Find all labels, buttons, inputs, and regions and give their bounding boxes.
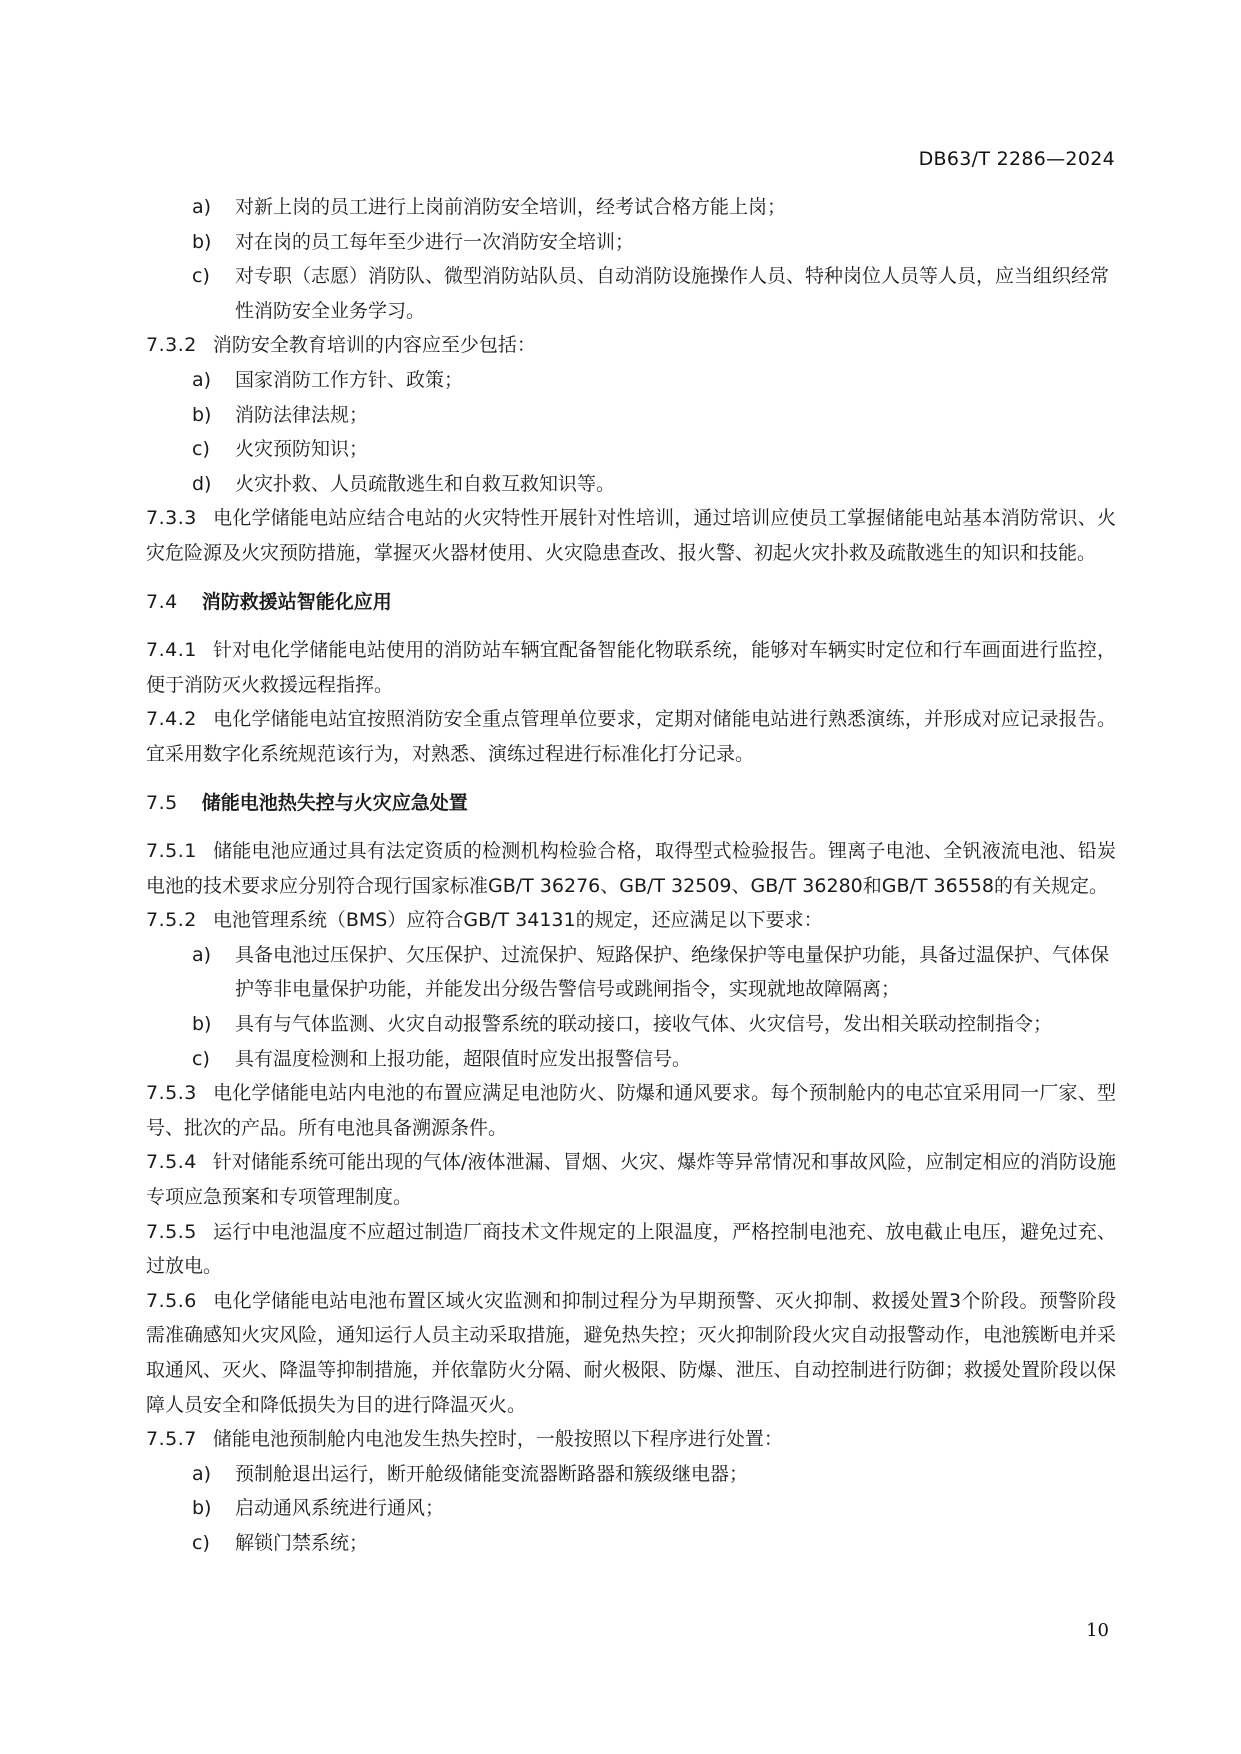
clause-text: 电化学储能电站应结合电站的火灾特性开展针对性培训，通过培训应使员工掌握储能电站基… (146, 507, 1116, 564)
list-item-text: 对专职（志愿）消防队、微型消防站队员、自动消防设施操作人员、特种岗位人员等人员，… (235, 265, 1109, 322)
list-item-label: c) (192, 432, 210, 467)
list-item-label: c) (192, 259, 210, 294)
clause-number: 7.3.2 (146, 328, 197, 363)
list-item-label: a) (192, 190, 211, 225)
section-title: 消防救援站智能化应用 (202, 591, 392, 613)
list-item: c)具有温度检测和上报功能，超限值时应发出报警信号。 (146, 1042, 1116, 1077)
clause-7-5-7: 7.5.7储能电池预制舱内电池发生热失控时，一般按照以下程序进行处置： (146, 1422, 1116, 1457)
clause-number: 7.5.1 (146, 834, 197, 869)
list-7-5-2: a)具备电池过压保护、欠压保护、过流保护、短路保护、绝缘保护等电量保护功能，具备… (146, 938, 1116, 1076)
clause-text: 储能电池预制舱内电池发生热失控时，一般按照以下程序进行处置： (213, 1428, 783, 1450)
list-item-label: b) (192, 1491, 211, 1526)
section-number: 7.5 (146, 786, 178, 821)
list-item-text: 具有温度检测和上报功能，超限值时应发出报警信号。 (235, 1048, 691, 1070)
section-title: 储能电池热失控与火灾应急处置 (202, 792, 468, 814)
list-item: b)消防法律法规； (146, 398, 1116, 433)
clause-text: 针对电化学储能电站使用的消防站车辆宜配备智能化物联系统，能够对车辆实时定位和行车… (146, 639, 1116, 696)
clause-number: 7.5.7 (146, 1422, 197, 1457)
list-item-text: 具备电池过压保护、欠压保护、过流保护、短路保护、绝缘保护等电量保护功能，具备过温… (235, 944, 1109, 1001)
list-7-3-2: a)国家消防工作方针、政策； b)消防法律法规； c)火灾预防知识； d)火灾扑… (146, 363, 1116, 501)
list-item: a)预制舱退出运行，断开舱级储能变流器断路器和簇级继电器； (146, 1457, 1116, 1492)
clause-7-5-2: 7.5.2电池管理系统（BMS）应符合GB/T 34131的规定，还应满足以下要… (146, 903, 1116, 938)
list-item-label: c) (192, 1042, 210, 1077)
list-item-text: 对在岗的员工每年至少进行一次消防安全培训； (235, 231, 634, 253)
list-item-text: 具有与气体监测、火灾自动报警系统的联动接口，接收气体、火灾信号，发出相关联动控制… (235, 1013, 1052, 1035)
clause-7-5-4: 7.5.4针对储能系统可能出现的气体/液体泄漏、冒烟、火灾、爆炸等异常情况和事故… (146, 1145, 1116, 1214)
list-item-text: 消防法律法规； (235, 404, 368, 426)
list-item: a)对新上岗的员工进行上岗前消防安全培训，经考试合格方能上岗； (146, 190, 1116, 225)
clause-text: 针对储能系统可能出现的气体/液体泄漏、冒烟、火灾、爆炸等异常情况和事故风险，应制… (146, 1151, 1116, 1208)
list-item: c)火灾预防知识； (146, 432, 1116, 467)
clause-7-5-6: 7.5.6电化学储能电站电池布置区域火灾监测和抑制过程分为早期预警、灭火抑制、救… (146, 1284, 1116, 1422)
clause-7-4-2: 7.4.2电化学储能电站宜按照消防安全重点管理单位要求，定期对储能电站进行熟悉演… (146, 702, 1116, 771)
list-item: b)具有与气体监测、火灾自动报警系统的联动接口，接收气体、火灾信号，发出相关联动… (146, 1007, 1116, 1042)
document-body: a)对新上岗的员工进行上岗前消防安全培训，经考试合格方能上岗； b)对在岗的员工… (146, 190, 1116, 1561)
list-item-label: b) (192, 225, 211, 260)
section-number: 7.4 (146, 585, 178, 620)
list-item-label: a) (192, 363, 211, 398)
clause-number: 7.5.5 (146, 1215, 197, 1250)
clause-7-3-2: 7.3.2消防安全教育培训的内容应至少包括： (146, 328, 1116, 363)
list-item-label: a) (192, 1457, 211, 1492)
clause-number: 7.5.3 (146, 1076, 197, 1111)
list-7-5-7: a)预制舱退出运行，断开舱级储能变流器断路器和簇级继电器； b)启动通风系统进行… (146, 1457, 1116, 1561)
list-item: c)解锁门禁系统； (146, 1526, 1116, 1561)
list-item-label: b) (192, 1007, 211, 1042)
clause-text: 消防安全教育培训的内容应至少包括： (213, 334, 536, 356)
list-item-text: 解锁门禁系统； (235, 1532, 368, 1554)
clause-text: 电化学储能电站内电池的布置应满足电池防火、防爆和通风要求。每个预制舱内的电芯宜采… (146, 1082, 1116, 1139)
list-item: b)启动通风系统进行通风； (146, 1491, 1116, 1526)
clause-number: 7.4.2 (146, 702, 197, 737)
list-item-label: b) (192, 398, 211, 433)
list-item-label: c) (192, 1526, 210, 1561)
list-item: a)国家消防工作方针、政策； (146, 363, 1116, 398)
list-item: a)具备电池过压保护、欠压保护、过流保护、短路保护、绝缘保护等电量保护功能，具备… (146, 938, 1116, 1007)
page-number: 10 (1086, 1620, 1109, 1641)
clause-number: 7.5.4 (146, 1145, 197, 1180)
list-item-label: d) (192, 467, 211, 502)
clause-text: 电化学储能电站电池布置区域火灾监测和抑制过程分为早期预警、灭火抑制、救援处置3个… (146, 1290, 1116, 1416)
list-item-text: 火灾扑救、人员疏散逃生和自救互救知识等。 (235, 473, 615, 495)
list-item: b)对在岗的员工每年至少进行一次消防安全培训； (146, 225, 1116, 260)
clause-text: 运行中电池温度不应超过制造厂商技术文件规定的上限温度，严格控制电池充、放电截止电… (146, 1221, 1116, 1278)
list-item-text: 国家消防工作方针、政策； (235, 369, 463, 391)
document-page: DB63/T 2286—2024 a)对新上岗的员工进行上岗前消防安全培训，经考… (0, 0, 1241, 1754)
clause-text: 电化学储能电站宜按照消防安全重点管理单位要求，定期对储能电站进行熟悉演练，并形成… (146, 708, 1116, 765)
clause-7-5-3: 7.5.3电化学储能电站内电池的布置应满足电池防火、防爆和通风要求。每个预制舱内… (146, 1076, 1116, 1145)
section-heading-7-4: 7.4消防救援站智能化应用 (146, 585, 1116, 620)
clause-7-3-3: 7.3.3电化学储能电站应结合电站的火灾特性开展针对性培训，通过培训应使员工掌握… (146, 501, 1116, 570)
clause-text: 储能电池应通过具有法定资质的检测机构检验合格，取得型式检验报告。锂离子电池、全钒… (146, 840, 1116, 897)
clause-7-4-1: 7.4.1针对电化学储能电站使用的消防站车辆宜配备智能化物联系统，能够对车辆实时… (146, 633, 1116, 702)
clause-number: 7.4.1 (146, 633, 197, 668)
standard-code-header: DB63/T 2286—2024 (919, 148, 1115, 170)
clause-number: 7.5.2 (146, 903, 197, 938)
list-7-3-1: a)对新上岗的员工进行上岗前消防安全培训，经考试合格方能上岗； b)对在岗的员工… (146, 190, 1116, 328)
list-item: c)对专职（志愿）消防队、微型消防站队员、自动消防设施操作人员、特种岗位人员等人… (146, 259, 1116, 328)
section-heading-7-5: 7.5储能电池热失控与火灾应急处置 (146, 786, 1116, 821)
list-item-text: 对新上岗的员工进行上岗前消防安全培训，经考试合格方能上岗； (235, 196, 786, 218)
clause-text: 电池管理系统（BMS）应符合GB/T 34131的规定，还应满足以下要求： (213, 909, 823, 931)
list-item-text: 预制舱退出运行，断开舱级储能变流器断路器和簇级继电器； (235, 1463, 748, 1485)
list-item-label: a) (192, 938, 211, 973)
clause-7-5-1: 7.5.1储能电池应通过具有法定资质的检测机构检验合格，取得型式检验报告。锂离子… (146, 834, 1116, 903)
list-item-text: 启动通风系统进行通风； (235, 1497, 444, 1519)
list-item: d)火灾扑救、人员疏散逃生和自救互救知识等。 (146, 467, 1116, 502)
clause-number: 7.5.6 (146, 1284, 197, 1319)
list-item-text: 火灾预防知识； (235, 438, 368, 460)
clause-number: 7.3.3 (146, 501, 197, 536)
clause-7-5-5: 7.5.5运行中电池温度不应超过制造厂商技术文件规定的上限温度，严格控制电池充、… (146, 1215, 1116, 1284)
